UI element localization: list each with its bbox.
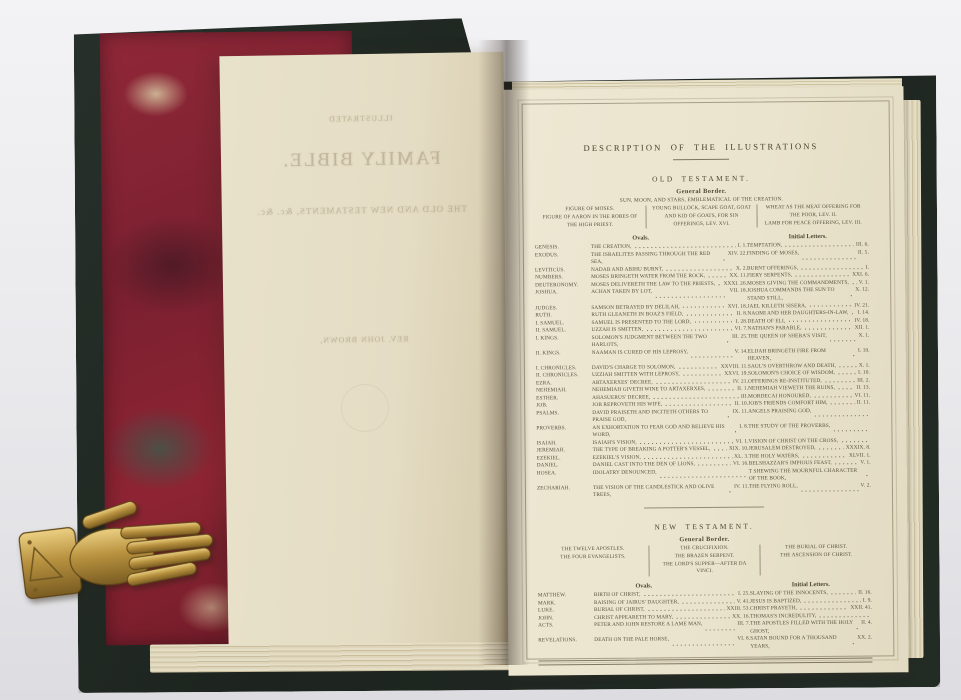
initial-reference: i. 10.: [858, 370, 870, 378]
dot-leader: [852, 347, 856, 362]
initial-reference: v. 1.: [860, 460, 870, 468]
nt-rows: Matthew. Birth of Christ, i. 25. Slaying…: [538, 590, 873, 653]
initial-description: Satan bound for a Thousand Years,: [750, 635, 849, 651]
oval-description: David praiseth and inciteth others to pr…: [592, 409, 725, 425]
dot-leader: [829, 332, 857, 347]
book-name: Psalms.: [536, 410, 592, 426]
initial-reference: xii. 1.: [855, 325, 870, 333]
oval-description: The Israelites passing through the Red S…: [591, 251, 720, 267]
book-name: II. Kings.: [536, 350, 592, 366]
oval-reference: i. 8.: [739, 423, 748, 438]
ot-ovals-heading: Ovals.: [535, 234, 747, 243]
oval-reference: iv. 11.: [734, 484, 749, 499]
initial-reference: iv. 18.: [854, 317, 869, 325]
initial-description: The Apostles filled with the Holy Ghost,: [750, 620, 853, 636]
oval-reference: v. 14.: [735, 348, 748, 363]
border-item: The Four Evangelists.: [543, 553, 644, 562]
oval-reference: ix. 11.: [733, 408, 749, 423]
dot-leader: [865, 467, 869, 482]
book-name: Proverbs.: [536, 425, 592, 441]
oval-description: Death on the Pale Horse,: [594, 637, 669, 653]
initial-reference: v. 1.: [859, 280, 869, 288]
nt-column-headings: Ovals. Initial Letters.: [538, 581, 872, 591]
dot-leader: [659, 469, 747, 485]
dot-leader: [800, 483, 859, 499]
oval-reference: vii. 18.: [730, 288, 748, 303]
ghost-line: THE OLD AND NEW TESTAMENTS, &c. &c.: [232, 203, 492, 217]
initial-reference: ii. 16.: [858, 590, 872, 598]
border-item: Wheat as the Meat Offering for the Poor,…: [763, 204, 864, 220]
ot-border-right-column: Wheat as the Meat Offering for the Poor,…: [757, 204, 869, 228]
oval-reference: iii. 25.: [732, 333, 748, 348]
ot-border-left-column: Figure of Moses.Figure of Aaron in the R…: [534, 206, 645, 230]
oval-description: Achan taken by Lot,: [591, 289, 652, 305]
initial-reference: x. 1.: [859, 332, 870, 347]
initial-reference: ii. 5.: [858, 249, 869, 264]
initial-reference: i. 14.: [858, 310, 870, 318]
ot-initial-letters-heading: Initial Letters.: [747, 233, 869, 241]
initial-description: The Flying Roll,: [749, 483, 798, 498]
oval-reference: i. 25.: [738, 591, 750, 599]
oval-reference: xix. 10.: [729, 446, 749, 454]
ot-column-headings: Ovals. Initial Letters.: [535, 233, 869, 243]
ghost-ornament: [341, 384, 390, 433]
dot-leader: [837, 385, 855, 393]
initial-reference: xxi. 6.: [852, 272, 869, 280]
dot-leader: [855, 620, 859, 635]
initial-reference: xx. 2.: [857, 635, 872, 650]
border-item: The Ascension of Christ.: [766, 551, 867, 560]
initials-cell: Angels praising God,: [748, 407, 870, 423]
oval-reference: vi. 1.: [736, 438, 749, 446]
initials-cell: T shewing the mournful character of the …: [749, 467, 871, 483]
dot-leader: [726, 333, 730, 348]
book-name: Joshua.: [535, 289, 591, 305]
ot-border-columns: Figure of Moses.Figure of Aaron in the R…: [534, 204, 868, 230]
oval-description: Idolatry denounced,: [593, 469, 657, 485]
dot-leader: [722, 251, 726, 266]
oval-reference: xx. 16.: [732, 613, 750, 621]
initial-description: Finding of Moses,: [747, 250, 799, 265]
initial-description: The Queen of Sheba's visit,: [748, 333, 827, 349]
dot-leader: [728, 484, 732, 499]
border-item: Figure of Aaron in the Robes of the High…: [540, 213, 641, 229]
oval-reference: vi. 8.: [737, 636, 750, 651]
ot-rows: Genesis. The Creation, i. 1. Temptation,…: [535, 242, 871, 500]
dot-leader: [801, 250, 856, 266]
oval-description: An Exhortation to fear God and believe H…: [592, 424, 731, 440]
oval-reference: iii. 7.: [737, 621, 750, 636]
initial-reference: i. 9.: [863, 597, 872, 605]
dot-leader: [850, 310, 855, 318]
oval-reference: v. 41.: [737, 598, 750, 606]
dot-leader: [717, 281, 721, 289]
initial-reference: ii. 13.: [856, 385, 870, 393]
dot-leader: [849, 287, 853, 302]
title-rule: [673, 159, 729, 160]
book-name: Exodus.: [535, 252, 591, 268]
oval-reference: iii.: [741, 393, 748, 401]
oval-reference: xx. 11.: [729, 273, 747, 281]
initial-reference: iv. 21.: [854, 302, 869, 310]
oval-reference: ii. 1.: [737, 386, 748, 394]
nt-border-middle-column: The Crucifixion.The Brazen Serpent.The L…: [648, 544, 760, 576]
old-testament-heading: OLD TESTAMENT.: [534, 173, 868, 185]
table-row: Revelations. Death on the Pale Horse, vi…: [538, 635, 872, 653]
dot-leader: [832, 422, 868, 437]
dot-leader: [671, 636, 735, 652]
oval-description: Naaman is cured of his Leprosy,: [592, 349, 688, 365]
dot-leader: [690, 348, 733, 363]
section-divider-rule: [644, 506, 764, 508]
ovals-cell: Revelations. Death on the Pale Horse, vi…: [538, 636, 750, 653]
dot-leader: [733, 423, 737, 438]
bottom-double-rule: [538, 658, 872, 666]
dot-leader: [837, 370, 856, 378]
initial-reference: v. 2.: [861, 482, 872, 497]
initials-cell: Finding of Moses, ii. 5.: [747, 249, 869, 265]
oval-reference: xl. 3.: [734, 453, 748, 461]
border-item: Lamb for Peace Offering, Lev. iii.: [763, 219, 864, 228]
initial-reference: iii. 6.: [856, 242, 869, 250]
nt-border-left-column: The Twelve Apostles.The Four Evangelists…: [537, 545, 648, 577]
initial-reference: i. 10.: [858, 347, 870, 362]
border-item: The Lord's Supper—after Da Vinci.: [654, 560, 755, 576]
ot-general-border-heading: General Border.: [534, 187, 868, 197]
nt-general-border-heading: General Border.: [537, 534, 871, 544]
dot-leader: [727, 409, 731, 424]
initial-reference: ii. 11.: [857, 400, 871, 408]
ovals-cell: Zechariah. The Vision of the Candlestick…: [537, 484, 749, 501]
oval-reference: ii. 8.: [737, 311, 748, 319]
initials-cell: Satan bound for a Thousand Years, xx. 2.: [750, 635, 872, 651]
oval-reference: x. 2.: [736, 266, 747, 274]
oval-reference: xvi. 18.: [728, 303, 748, 311]
initial-reference: vi. 11.: [855, 392, 871, 400]
oval-reference: iv. 21.: [733, 378, 748, 386]
ghost-line: FAMILY BIBLE.: [231, 147, 491, 173]
ghost-line: ILLUSTRATED: [230, 112, 490, 125]
ot-border-middle-column: Young Bullock, Scape Goat, Goat and Kid …: [645, 205, 757, 229]
initial-reference: x. 12.: [855, 287, 869, 302]
oval-description: The Vision of the Candlestick and Olive …: [593, 484, 726, 500]
oval-description: Peter and John restore a lame Man,: [594, 621, 702, 637]
new-testament-heading: NEW TESTAMENT.: [537, 520, 871, 532]
ghost-title-showthrough: ILLUSTRATED FAMILY BIBLE. THE OLD AND NE…: [230, 98, 495, 434]
dot-leader: [813, 407, 868, 423]
initial-description: Joshua commands the Sun to stand still,: [747, 287, 847, 303]
dot-leader: [654, 288, 728, 304]
dot-leader: [704, 621, 735, 636]
dot-leader: [838, 362, 857, 370]
oval-reference: vi. 7.: [735, 326, 748, 334]
oval-reference: xiv. 22.: [728, 251, 747, 266]
border-item: Young Bullock, Scape Goat, Goat and Kid …: [651, 205, 752, 229]
initial-description: Elijah bringeth Fire from Heaven,: [748, 347, 850, 363]
initial-reference: x. 1.: [859, 362, 870, 370]
book-name: Zechariah.: [537, 485, 593, 501]
initial-reference: i.: [866, 265, 869, 273]
right-page: DESCRIPTION OF THE ILLUSTRATIONS OLD TES…: [503, 86, 908, 675]
nt-initial-letters-heading: Initial Letters.: [750, 581, 872, 589]
dot-leader: [713, 446, 727, 454]
initial-description: Angels praising God,: [748, 408, 811, 424]
nt-border-columns: The Twelve Apostles.The Four Evangelists…: [537, 543, 871, 577]
gutter-shadow: [478, 40, 530, 665]
initial-description: The study of the Proverbs,: [748, 423, 830, 439]
nt-ovals-heading: Ovals.: [538, 582, 750, 591]
initial-reference: xxii. 41.: [850, 605, 872, 613]
initials-cell: Elijah bringeth Fire from Heaven, i. 10.: [748, 347, 870, 363]
initials-cell: The Queen of Sheba's visit, x. 1.: [748, 332, 870, 348]
oval-reference: i. 28.: [736, 318, 748, 326]
page-content: DESCRIPTION OF THE ILLUSTRATIONS OLD TES…: [534, 111, 873, 666]
initial-reference: ii. 4.: [861, 620, 872, 635]
oval-reference: i. 1.: [738, 243, 747, 251]
oval-description: Solomon's Judgment between the Two Harlo…: [592, 333, 725, 349]
oval-reference: vi. 16.: [733, 461, 749, 469]
left-flyleaf-page: ILLUSTRATED FAMILY BIBLE. THE OLD AND NE…: [219, 52, 512, 648]
initials-cell: The study of the Proverbs,: [748, 422, 870, 438]
book-name: Acts.: [538, 622, 594, 638]
initial-description: T shewing the mournful character of the …: [749, 467, 863, 483]
book-name: I. Kings.: [536, 335, 592, 351]
oval-reference: ii. 10.: [735, 401, 749, 409]
book-name: Revelations.: [538, 637, 594, 653]
page-title: DESCRIPTION OF THE ILLUSTRATIONS: [534, 141, 868, 154]
brass-hand-clip: [9, 480, 223, 633]
initial-reference: iii. 2.: [857, 377, 870, 385]
dot-leader: [851, 280, 857, 288]
initials-cell: The Apostles filled with the Holy Ghost,…: [750, 620, 872, 636]
ghost-line: REV. JOHN BROWN,: [234, 333, 494, 346]
dot-leader: [851, 635, 855, 650]
table-row: Zechariah. The Vision of the Candlestick…: [537, 482, 871, 500]
initials-cell: The Flying Roll, v. 2.: [749, 482, 871, 498]
photo-background: ILLUSTRATED FAMILY BIBLE. THE OLD AND NE…: [0, 0, 961, 700]
initials-cell: Joshua commands the Sun to stand still, …: [747, 287, 869, 303]
nt-border-right-column: The Burial of Christ.The Ascension of Ch…: [760, 543, 872, 575]
book-name: Hosea.: [537, 470, 593, 486]
